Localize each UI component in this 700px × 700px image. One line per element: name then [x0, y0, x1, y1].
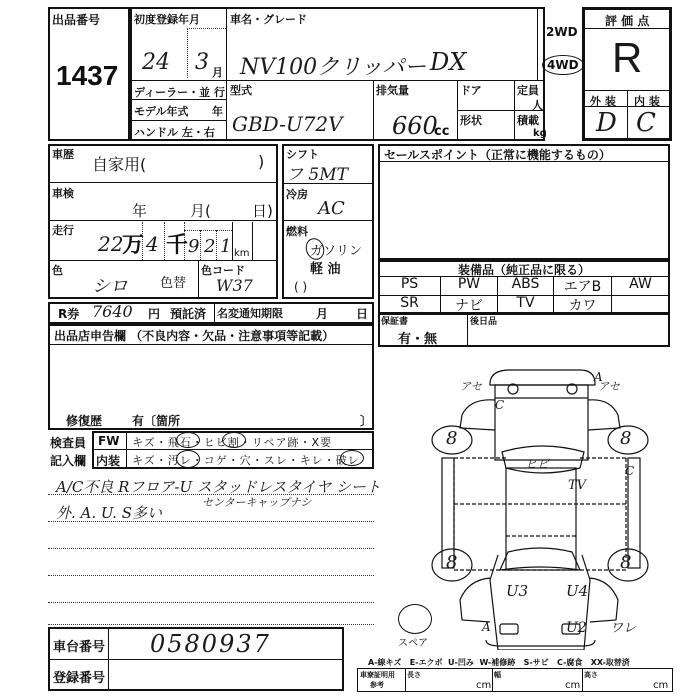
color-label: 色: [52, 262, 63, 278]
repair-value: 有〔箇所: [132, 412, 180, 429]
equip-leather: カワ: [554, 295, 612, 313]
lot-number-label: 出品番号: [52, 11, 100, 28]
height-label: 高さ: [584, 670, 598, 680]
spare-label: スペア: [398, 634, 428, 649]
drive-4wd[interactable]: 4WD: [542, 55, 584, 75]
remarks-line-1-sub: センターキャップナシ: [202, 494, 311, 510]
interior-check-label: 内装: [96, 452, 120, 469]
mileage-label: 走行: [52, 222, 74, 238]
rear-corner-mark: A: [594, 370, 603, 384]
chassis-value: 0580937: [150, 630, 271, 658]
mileage-digit-1: 9: [188, 236, 199, 257]
wheel-mark-rr: 8: [620, 428, 631, 449]
yen-unit: 円: [148, 305, 160, 322]
color-value: シロ: [92, 272, 128, 298]
length-label: 長さ: [407, 670, 421, 680]
windshield-mark: ヒビ: [525, 455, 549, 472]
handle-label: ハンドル 左・右: [134, 124, 215, 140]
equip-airbag: エアB: [554, 276, 612, 295]
mileage-digit-3: 1: [220, 236, 231, 257]
equip-abs: ABS: [498, 276, 554, 295]
circle-mark: [222, 432, 246, 448]
equip-tv: TV: [498, 295, 554, 313]
interior-grade: C: [636, 108, 656, 138]
inspector-label-2: 記入欄: [50, 452, 86, 469]
remarks-line-2: 外. A. U. S多い: [56, 502, 162, 523]
length-cm: cm: [476, 680, 491, 691]
month-unit: 月: [212, 64, 223, 80]
repair-label: 修復歴: [66, 412, 102, 429]
history-value: 自家用(: [92, 152, 146, 175]
first-reg-month: 3: [195, 50, 209, 75]
equipment-row-2: SR ナビ TV カワ: [379, 295, 669, 313]
lot-number: 1437: [56, 60, 118, 92]
width-label: 幅: [494, 670, 501, 680]
ac-label: 冷房: [286, 186, 308, 202]
bumper-a-mark: A: [482, 620, 491, 634]
load-label: 積載: [517, 112, 539, 128]
score-value: R: [612, 34, 642, 82]
name-change-day: 日: [356, 305, 368, 322]
shape-label: 形状: [460, 112, 482, 128]
car-damage-diagram: [390, 360, 690, 650]
rear-c-mark: C: [495, 398, 504, 412]
front-right-mark: U4: [566, 582, 588, 600]
load-unit: kg: [533, 128, 547, 139]
car-name: NV100クリッパー: [240, 50, 426, 81]
drive-2wd: 2WD: [546, 25, 578, 39]
inspection-month: 月(: [190, 200, 211, 221]
reg-label: 登録番号: [53, 667, 105, 686]
fuel-diesel: 軽 油: [310, 258, 341, 277]
wheel-mark-fl: 8: [446, 552, 457, 573]
model-code: GBD-U72V: [232, 112, 343, 136]
repair-close: 〕: [360, 412, 372, 429]
km-unit: km: [234, 248, 250, 259]
car-grade: DX: [430, 48, 466, 76]
mileage-man: 22: [98, 232, 123, 256]
inspection-day: 日): [252, 200, 273, 221]
mileage-digit-2: 2: [204, 236, 215, 257]
width-cm: cm: [565, 680, 580, 691]
equip-sr: SR: [379, 295, 441, 313]
size-label-1: 車寮証明用: [360, 670, 395, 680]
seller-notes-label: 出品店申告欄 （不良内容・欠品・注意事項等記載）: [54, 327, 334, 344]
later-items-label: 後日品: [470, 314, 497, 327]
capacity-label: 定員: [517, 82, 539, 98]
chassis-label: 車台番号: [53, 636, 105, 655]
name-change-month: 月: [316, 305, 328, 322]
fuel-other: ( ): [294, 280, 307, 294]
mirror-left-mark: アセ: [460, 378, 482, 394]
cc-unit: cc: [434, 124, 449, 139]
legend-codes: A-線キズ E-エクボ U-凹み W-補修跡 S-サビ C-腐食 XX-取替済: [368, 657, 630, 668]
name-change-label: 名変通知期限: [217, 305, 283, 321]
equip-pw: PW: [441, 276, 498, 295]
dealer-label: ディーラー・並 行: [134, 84, 225, 100]
door-label: ドア: [460, 82, 482, 98]
score-label: 評 価 点: [605, 12, 649, 29]
circle-mark: [176, 432, 200, 448]
side-c-mark: C: [625, 464, 634, 478]
displacement: 660: [392, 112, 438, 140]
first-reg-label: 初度登録年月: [134, 11, 200, 27]
warranty-label: 保証書: [381, 314, 408, 327]
bumper-mark: U2: [566, 620, 587, 636]
model-year-label: モデル年式: [134, 103, 188, 119]
mileage-sen: 4: [146, 232, 159, 256]
history-label: 車歴: [52, 146, 74, 162]
inspection-label: 車検: [52, 185, 74, 201]
circle-mark: [340, 450, 364, 466]
exterior-grade: D: [596, 108, 617, 138]
circle-mark: [176, 450, 200, 468]
recycle-amount: 7640: [92, 302, 133, 321]
interior-items: キズ・汚レ・コゲ・穴・スレ・キレ・破レ: [132, 452, 360, 468]
warranty-value: 有・無: [398, 328, 437, 347]
inspector-label-1: 検査員: [50, 434, 86, 451]
first-reg-year: 24: [142, 50, 170, 75]
deposited-label: 預託済: [170, 305, 206, 322]
displacement-label: 排気量: [376, 82, 409, 98]
wheel-mark-fr: 8: [620, 552, 631, 573]
equipment-row-1: PS PW ABS エアB AW: [379, 276, 669, 295]
shift-value: フ 5MT: [286, 160, 348, 185]
front-left-mark: U3: [506, 582, 528, 600]
equip-navi: ナビ: [441, 295, 498, 313]
spare-tire-circle: [398, 604, 432, 634]
model-code-label: 型式: [230, 82, 252, 98]
year-unit: 年: [212, 103, 223, 119]
height-cm: cm: [653, 680, 668, 691]
bumper-note: ワレ: [610, 617, 636, 636]
recycle-label: R券: [58, 305, 79, 322]
tv-mark: TV: [568, 478, 586, 493]
man-unit: 万: [122, 228, 144, 259]
inspection-year: 年: [132, 200, 147, 221]
equip-ps: PS: [379, 276, 441, 295]
size-label-2: 参考: [370, 680, 384, 690]
color-code: W37: [216, 276, 253, 295]
car-name-label: 車名・グレード: [230, 11, 307, 27]
ac-value: AC: [318, 198, 345, 219]
color-change-label: 色替: [160, 272, 186, 291]
fuel-label: 燃料: [286, 223, 308, 239]
history-close: ): [258, 152, 264, 171]
wheel-mark-rl: 8: [446, 428, 457, 449]
equip-aw: AW: [612, 276, 669, 295]
fw-label: FW: [98, 434, 119, 448]
equip-empty: [612, 295, 669, 313]
